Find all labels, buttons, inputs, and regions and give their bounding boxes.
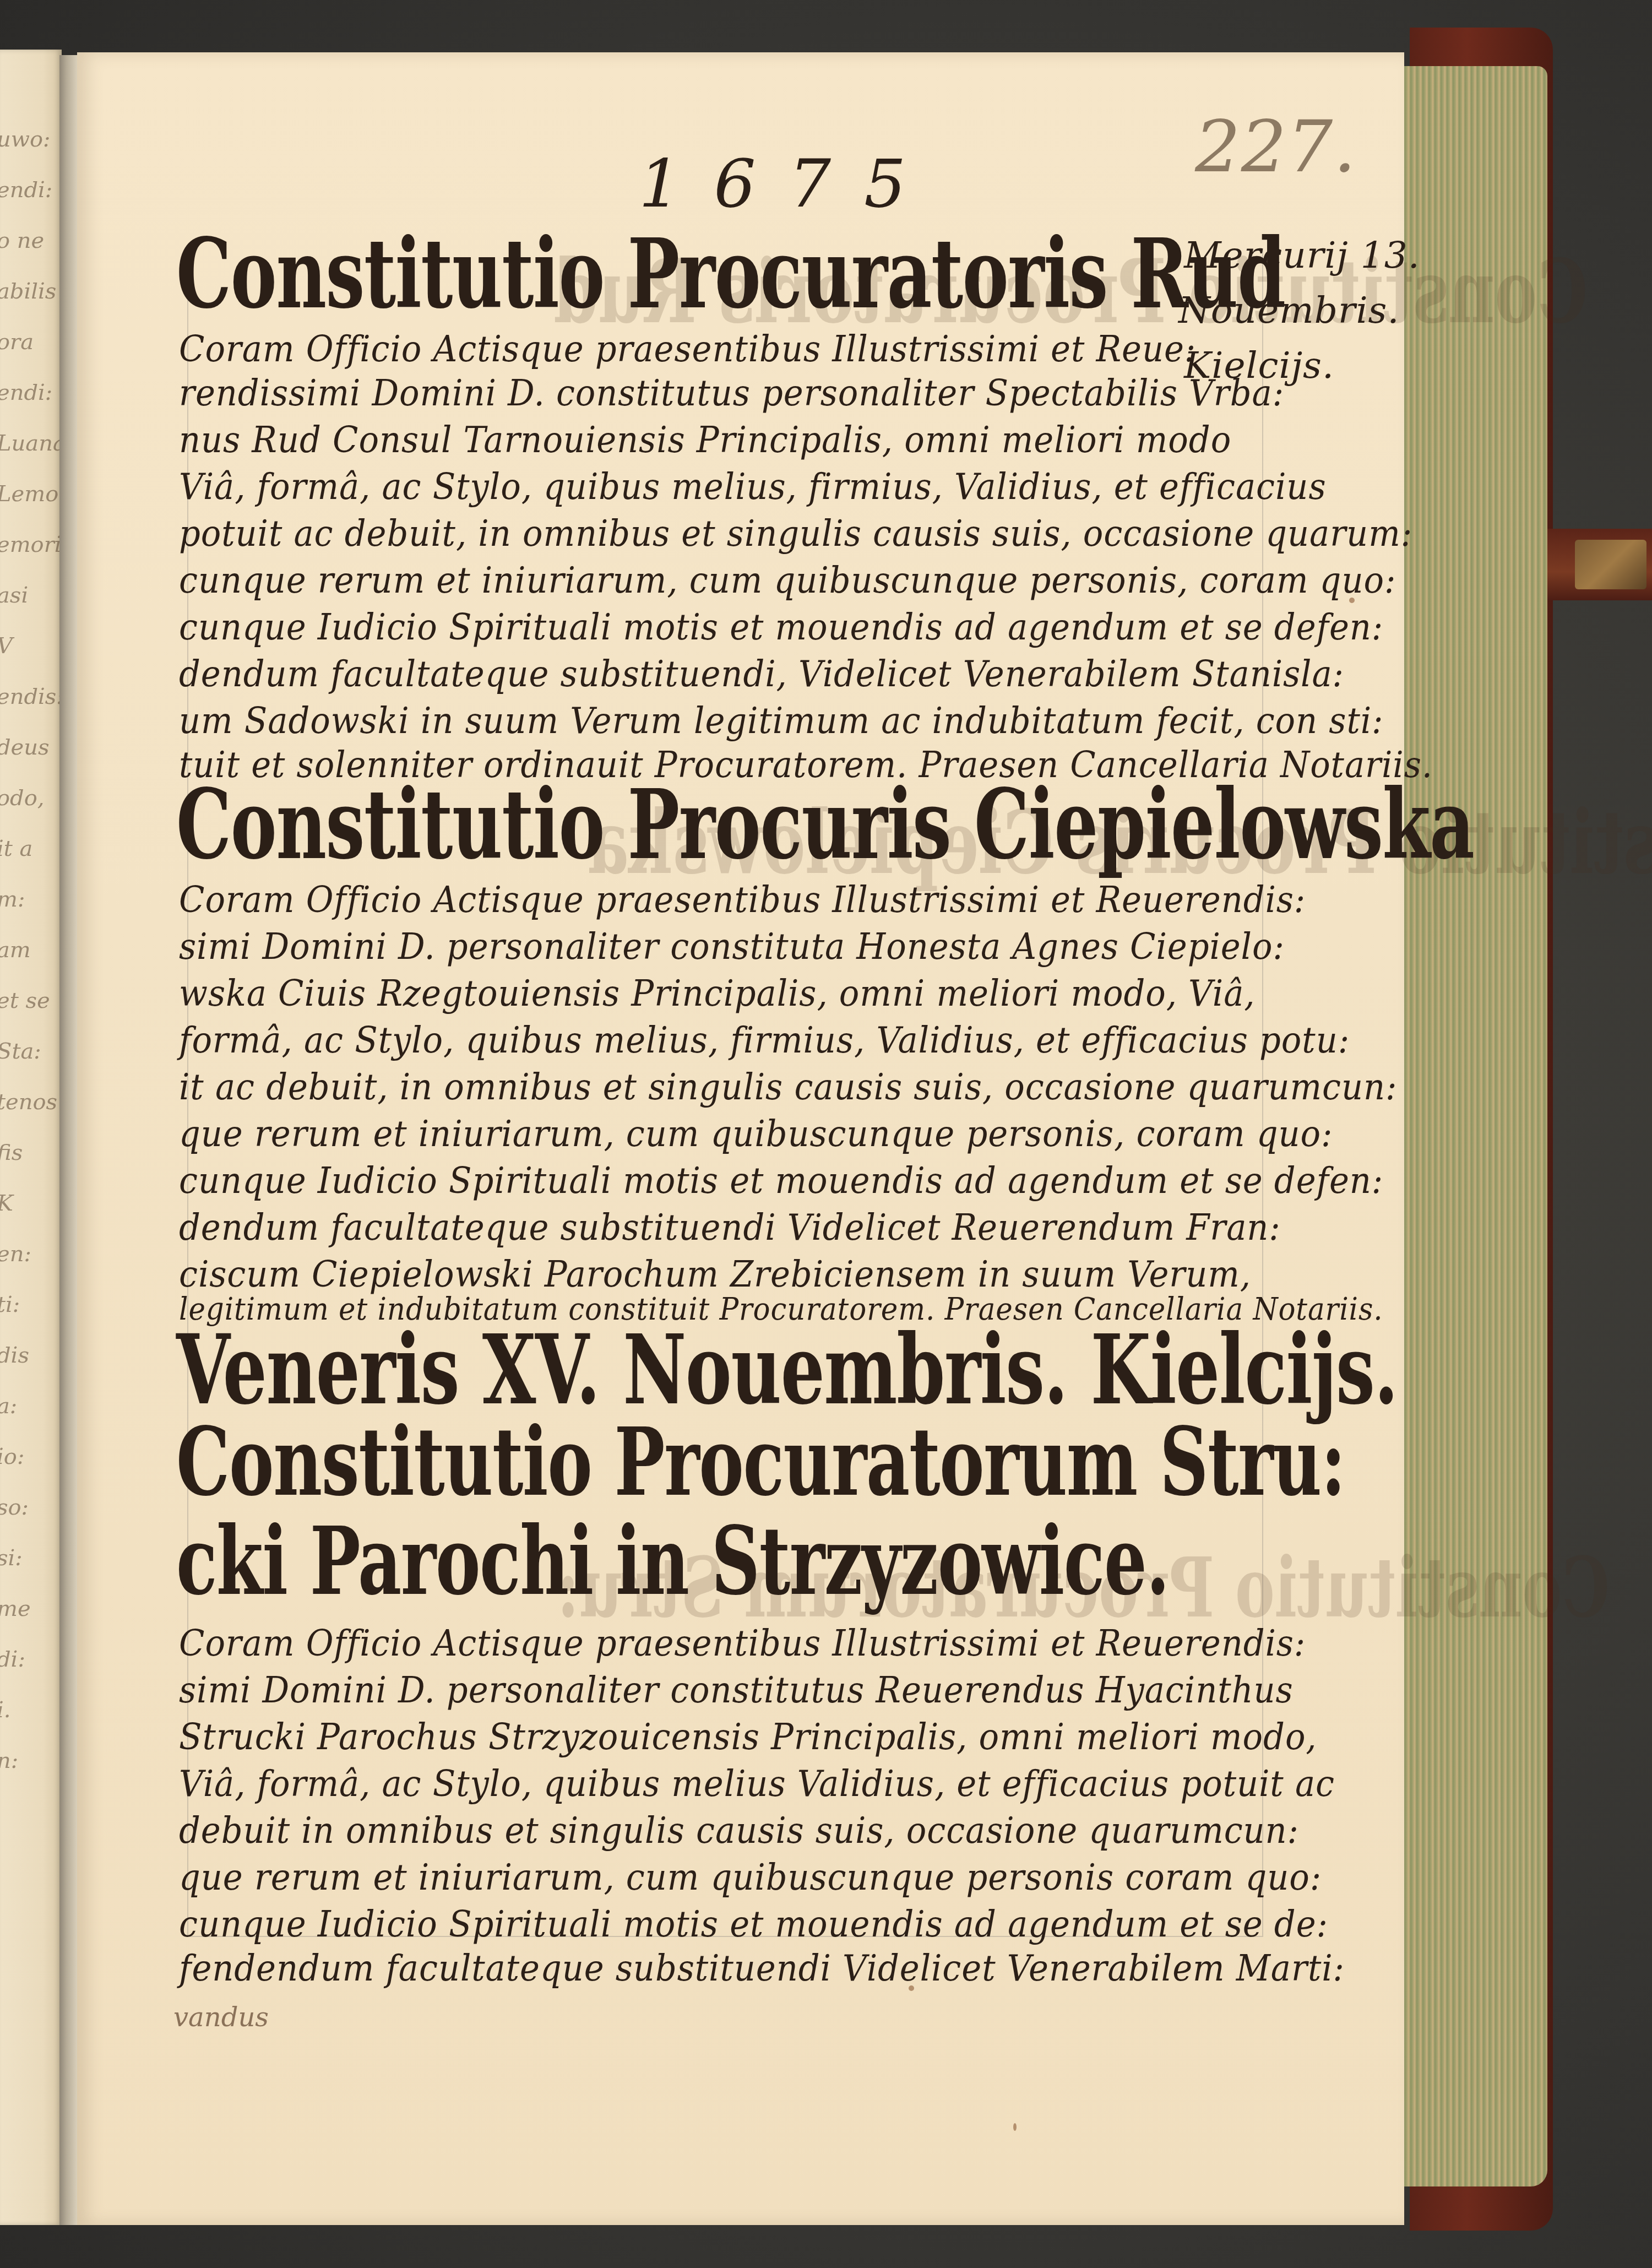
entry-line: potuit ac debuit, in omnibus et singulis… <box>179 512 1412 555</box>
entry-heading: Constitutio Procuratoris Rud <box>176 218 1285 330</box>
book-gutter <box>59 55 77 2225</box>
left-page-fragment: odo, <box>0 785 44 811</box>
entry-line: nus Rud Consul Tarnouiensis Principalis,… <box>179 419 1231 461</box>
entry-heading: Constitutio Procuris Ciepielowska <box>176 768 1474 881</box>
ink-offset-mark: vandus <box>173 2002 269 2033</box>
left-page-fragment: emoris <box>0 532 62 557</box>
left-page-fragment: ti: <box>0 1292 20 1317</box>
clasp-strap <box>1542 529 1652 600</box>
left-page-fragment: deus <box>0 735 50 760</box>
left-page-fragment: ora <box>0 329 34 355</box>
entry-line: cunque Iudicio Spirituali motis et mouen… <box>179 1159 1383 1202</box>
entry-line: Coram Officio Actisque praesentibus Illu… <box>179 328 1196 370</box>
entry-line: um Sadowski in suum Verum legitimum ac i… <box>179 699 1383 742</box>
entry-line: Viâ, formâ, ac Stylo, quibus melius, fir… <box>179 465 1326 508</box>
entry-line: debuit in omnibus et singulis causis sui… <box>179 1809 1299 1852</box>
paper-speck <box>1349 598 1355 603</box>
entry-line: cunque rerum et iniuriarum, cum quibuscu… <box>179 559 1396 601</box>
paper-speck <box>1013 2123 1017 2131</box>
left-page-fragment: dis <box>0 1343 29 1368</box>
entry-line: Coram Officio Actisque praesentibus Illu… <box>179 1622 1306 1664</box>
entry-line: ciscum Ciepielowski Parochum Zrebiciense… <box>179 1253 1251 1295</box>
entry-heading: cki Parochi in Strzyzowice. <box>176 1506 1169 1616</box>
left-page-fragment: endi: <box>0 380 52 405</box>
entry-line: que rerum et iniuriarum, cum quibuscunqu… <box>179 1856 1322 1898</box>
entry-line: cunque Iudicio Spirituali motis et mouen… <box>179 1903 1328 1945</box>
left-page-fragment: me <box>0 1596 31 1621</box>
left-page: uwo:endi:o neabilisoraendi:LuanaLemo.emo… <box>0 50 62 2225</box>
left-page-fragment: en: <box>0 1241 31 1267</box>
left-page-fragment: i. <box>0 1697 11 1723</box>
left-page-fragment: io: <box>0 1444 24 1469</box>
left-page-fragment: m: <box>0 887 25 912</box>
folio-number: 227. <box>1195 105 1356 188</box>
entry-line: que rerum et iniuriarum, cum quibuscunqu… <box>179 1113 1333 1155</box>
entry-line: simi Domini D. personaliter constituta H… <box>179 925 1285 968</box>
entry-line: formâ, ac Stylo, quibus melius, firmius,… <box>179 1019 1350 1061</box>
left-page-fragment: asi <box>0 583 28 608</box>
entry-line: Viâ, formâ, ac Stylo, quibus melius Vali… <box>179 1762 1335 1805</box>
left-page-fragment: Sta: <box>0 1039 41 1064</box>
entry-line: rendissimi Domini D. constitutus persona… <box>179 372 1284 414</box>
left-page-fragment: si: <box>0 1545 23 1571</box>
entry-heading: Constitutio Procuratorum Stru: <box>176 1407 1345 1517</box>
entry-line: Coram Officio Actisque praesentibus Illu… <box>179 878 1306 921</box>
entry-line: cunque Iudicio Spirituali motis et mouen… <box>179 606 1383 648</box>
paper-speck <box>909 1985 914 1991</box>
left-page-fragment: am <box>0 937 31 963</box>
left-page-fragment: a: <box>0 1393 17 1419</box>
left-page-fragment: uwo: <box>0 127 51 152</box>
left-page-fragment: fis <box>0 1140 23 1165</box>
entry-line: fendendum facultateque substituendi Vide… <box>179 1947 1345 1989</box>
entry-line: it ac debuit, in omnibus et singulis cau… <box>179 1066 1397 1108</box>
entry-line: wska Ciuis Rzegtouiensis Principalis, om… <box>179 972 1255 1014</box>
left-page-fragment: abilis <box>0 279 56 304</box>
left-page-fragment: et se <box>0 988 50 1013</box>
left-page-fragment: K <box>0 1191 13 1216</box>
left-page-fragment: endi: <box>0 177 52 203</box>
entry-line: simi Domini D. personaliter constitutus … <box>179 1669 1294 1711</box>
left-page-fragment: o ne <box>0 228 44 253</box>
entry-line: dendum facultateque substituendi, Videli… <box>179 653 1344 695</box>
left-page-fragment: tenos <box>0 1089 57 1115</box>
entry-line: dendum facultateque substituendi Videlic… <box>179 1206 1281 1249</box>
left-page-fragment: n: <box>0 1748 18 1773</box>
left-page-fragment: V <box>0 633 13 659</box>
page-fore-edge <box>1399 66 1547 2186</box>
left-page-fragment: Luana <box>0 431 62 456</box>
left-page-fragment: Lemo. <box>0 481 62 507</box>
left-page-fragment: so: <box>0 1495 29 1520</box>
left-page-fragment: endis: <box>0 684 62 709</box>
left-page-fragment: di: <box>0 1647 25 1672</box>
entry-line: Strucki Parochus Strzyzouicensis Princip… <box>179 1716 1317 1758</box>
left-page-fragment: it a <box>0 836 32 861</box>
manuscript-page: Constitutio Procuratoris Rud Constitutio… <box>77 52 1404 2225</box>
clasp-metal <box>1575 540 1646 589</box>
year-header: 1675 <box>639 146 939 223</box>
